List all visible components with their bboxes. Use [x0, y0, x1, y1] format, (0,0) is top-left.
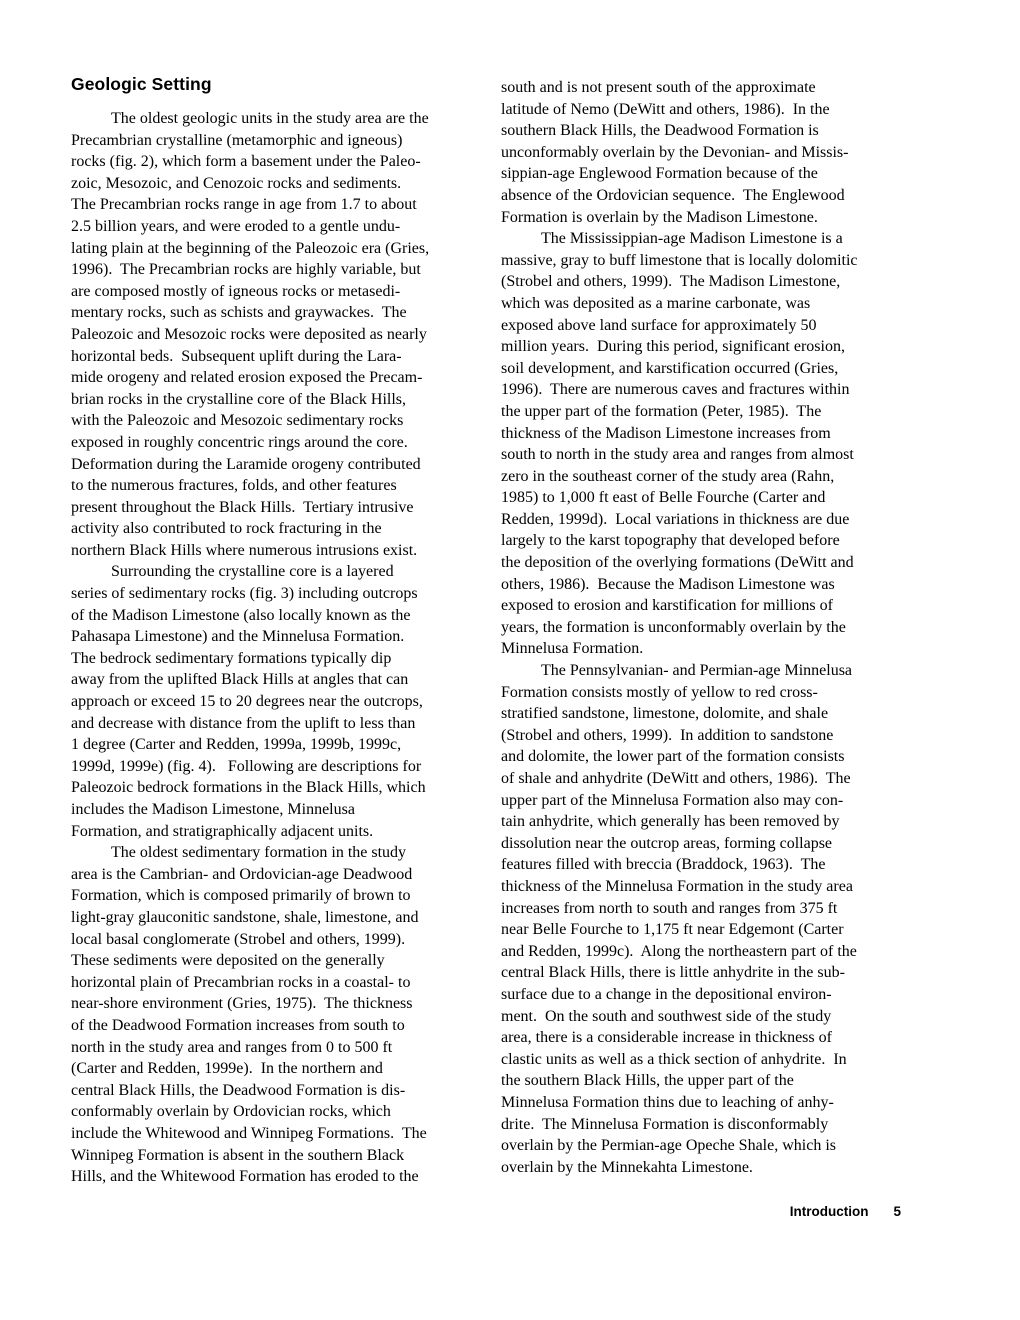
text-line: are composed mostly of igneous rocks or … [71, 281, 473, 303]
text-line: lating plain at the beginning of the Pal… [71, 238, 473, 260]
text-line: zero in the southeast corner of the stud… [501, 466, 903, 488]
text-line: increases from north to south and ranges… [501, 898, 903, 920]
text-line: 2.5 billion years, and were eroded to a … [71, 216, 473, 238]
text-line: light-gray glauconitic sandstone, shale,… [71, 907, 473, 929]
text-line: which was deposited as a marine carbonat… [501, 293, 903, 315]
document-page: Geologic Setting The oldest geologic uni… [0, 0, 1020, 1320]
text-line: horizontal plain of Precambrian rocks in… [71, 972, 473, 994]
text-line: northern Black Hills where numerous intr… [71, 540, 473, 562]
text-line: area, there is a considerable increase i… [501, 1027, 903, 1049]
left-column-text: The oldest geologic units in the study a… [71, 108, 473, 1188]
text-line: the southern Black Hills, the upper part… [501, 1070, 903, 1092]
text-line: thickness of the Minnelusa Formation in … [501, 876, 903, 898]
text-line: of shale and anhydrite (DeWitt and other… [501, 768, 903, 790]
text-line: massive, gray to buff limestone that is … [501, 250, 903, 272]
left-column: Geologic Setting The oldest geologic uni… [71, 73, 473, 1188]
text-line: away from the uplifted Black Hills at an… [71, 669, 473, 691]
text-line: These sediments were deposited on the ge… [71, 950, 473, 972]
text-line: Paleozoic and Mesozoic rocks were deposi… [71, 324, 473, 346]
text-line: exposed above land surface for approxima… [501, 315, 903, 337]
text-line: zoic, Mesozoic, and Cenozoic rocks and s… [71, 173, 473, 195]
text-line: activity also contributed to rock fractu… [71, 518, 473, 540]
text-line: conformably overlain by Ordovician rocks… [71, 1101, 473, 1123]
text-line: unconformably overlain by the Devonian- … [501, 142, 903, 164]
text-line: Formation is overlain by the Madison Lim… [501, 207, 903, 229]
text-line: and Redden, 1999c). Along the northeaste… [501, 941, 903, 963]
text-line: 1999d, 1999e) (fig. 4). Following are de… [71, 756, 473, 778]
right-column: south and is not present south of the ap… [501, 77, 903, 1178]
text-line: north in the study area and ranges from … [71, 1037, 473, 1059]
text-line: area is the Cambrian- and Ordovician-age… [71, 864, 473, 886]
text-line: and decrease with distance from the upli… [71, 713, 473, 735]
text-line: central Black Hills, the Deadwood Format… [71, 1080, 473, 1102]
text-line: Paleozoic bedrock formations in the Blac… [71, 777, 473, 799]
text-line: drite. The Minnelusa Formation is discon… [501, 1114, 903, 1136]
text-line: the deposition of the overlying formatio… [501, 552, 903, 574]
text-line: years, the formation is unconformably ov… [501, 617, 903, 639]
text-line: stratified sandstone, limestone, dolomit… [501, 703, 903, 725]
text-line: Deformation during the Laramide orogeny … [71, 454, 473, 476]
text-line: million years. During this period, signi… [501, 336, 903, 358]
text-line: south and is not present south of the ap… [501, 77, 903, 99]
text-line: series of sedimentary rocks (fig. 3) inc… [71, 583, 473, 605]
text-line: exposed in roughly concentric rings arou… [71, 432, 473, 454]
text-line: of the Madison Limestone (also locally k… [71, 605, 473, 627]
text-line: The Mississippian-age Madison Limestone … [501, 228, 903, 250]
paragraph: south and is not present south of the ap… [501, 77, 903, 228]
text-line: (Carter and Redden, 1999e). In the north… [71, 1058, 473, 1080]
text-line: soil development, and karstification occ… [501, 358, 903, 380]
text-line: local basal conglomerate (Strobel and ot… [71, 929, 473, 951]
text-line: (Strobel and others, 1999). In addition … [501, 725, 903, 747]
text-line: absence of the Ordovician sequence. The … [501, 185, 903, 207]
paragraph: The oldest geologic units in the study a… [71, 108, 473, 561]
text-line: ment. On the south and southwest side of… [501, 1006, 903, 1028]
text-line: approach or exceed 15 to 20 degrees near… [71, 691, 473, 713]
page-footer: Introduction5 [501, 1203, 901, 1220]
text-line: thickness of the Madison Limestone incre… [501, 423, 903, 445]
text-line: The bedrock sedimentary formations typic… [71, 648, 473, 670]
text-line: others, 1986). Because the Madison Limes… [501, 574, 903, 596]
footer-section-label: Introduction [790, 1204, 869, 1219]
paragraph: The Pennsylvanian- and Permian-age Minne… [501, 660, 903, 1178]
text-line: The Pennsylvanian- and Permian-age Minne… [501, 660, 903, 682]
text-line: includes the Madison Limestone, Minnelus… [71, 799, 473, 821]
text-line: near-shore environment (Gries, 1975). Th… [71, 993, 473, 1015]
section-heading: Geologic Setting [71, 73, 473, 96]
text-line: overlain by the Minnekahta Limestone. [501, 1157, 903, 1179]
text-line: include the Whitewood and Winnipeg Forma… [71, 1123, 473, 1145]
text-line: exposed to erosion and karstification fo… [501, 595, 903, 617]
text-line: 1 degree (Carter and Redden, 1999a, 1999… [71, 734, 473, 756]
text-line: central Black Hills, there is little anh… [501, 962, 903, 984]
text-line: (Strobel and others, 1999). The Madison … [501, 271, 903, 293]
paragraph: The Mississippian-age Madison Limestone … [501, 228, 903, 660]
text-line: to the numerous fractures, folds, and ot… [71, 475, 473, 497]
text-line: largely to the karst topography that dev… [501, 530, 903, 552]
text-line: of the Deadwood Formation increases from… [71, 1015, 473, 1037]
text-line: features filled with breccia (Braddock, … [501, 854, 903, 876]
text-line: Formation consists mostly of yellow to r… [501, 682, 903, 704]
text-line: sippian-age Englewood Formation because … [501, 163, 903, 185]
text-line: Hills, and the Whitewood Formation has e… [71, 1166, 473, 1188]
text-line: mentary rocks, such as schists and grayw… [71, 302, 473, 324]
text-line: 1985) to 1,000 ft east of Belle Fourche … [501, 487, 903, 509]
text-line: horizontal beds. Subsequent uplift durin… [71, 346, 473, 368]
paragraph: The oldest sedimentary formation in the … [71, 842, 473, 1188]
text-line: mide orogeny and related erosion exposed… [71, 367, 473, 389]
text-line: and dolomite, the lower part of the form… [501, 746, 903, 768]
footer-page-number: 5 [893, 1204, 901, 1219]
paragraph: Surrounding the crystalline core is a la… [71, 561, 473, 842]
text-line: latitude of Nemo (DeWitt and others, 198… [501, 99, 903, 121]
text-line: dissolution near the outcrop areas, form… [501, 833, 903, 855]
text-line: rocks (fig. 2), which form a basement un… [71, 151, 473, 173]
text-line: south to north in the study area and ran… [501, 444, 903, 466]
text-line: the upper part of the formation (Peter, … [501, 401, 903, 423]
text-line: upper part of the Minnelusa Formation al… [501, 790, 903, 812]
text-line: Minnelusa Formation. [501, 638, 903, 660]
text-line: Pahasapa Limestone) and the Minnelusa Fo… [71, 626, 473, 648]
text-line: near Belle Fourche to 1,175 ft near Edge… [501, 919, 903, 941]
text-line: Formation, and stratigraphically adjacen… [71, 821, 473, 843]
text-line: brian rocks in the crystalline core of t… [71, 389, 473, 411]
text-line: overlain by the Permian-age Opeche Shale… [501, 1135, 903, 1157]
text-line: The oldest sedimentary formation in the … [71, 842, 473, 864]
text-line: 1996). There are numerous caves and frac… [501, 379, 903, 401]
text-line: Redden, 1999d). Local variations in thic… [501, 509, 903, 531]
text-line: Precambrian crystalline (metamorphic and… [71, 130, 473, 152]
text-line: southern Black Hills, the Deadwood Forma… [501, 120, 903, 142]
text-line: with the Paleozoic and Mesozoic sediment… [71, 410, 473, 432]
text-line: Minnelusa Formation thins due to leachin… [501, 1092, 903, 1114]
text-line: The Precambrian rocks range in age from … [71, 194, 473, 216]
text-line: 1996). The Precambrian rocks are highly … [71, 259, 473, 281]
text-line: The oldest geologic units in the study a… [71, 108, 473, 130]
text-line: Surrounding the crystalline core is a la… [71, 561, 473, 583]
text-line: surface due to a change in the depositio… [501, 984, 903, 1006]
text-line: tain anhydrite, which generally has been… [501, 811, 903, 833]
text-line: Winnipeg Formation is absent in the sout… [71, 1145, 473, 1167]
text-line: present throughout the Black Hills. Tert… [71, 497, 473, 519]
text-line: Formation, which is composed primarily o… [71, 885, 473, 907]
text-line: clastic units as well as a thick section… [501, 1049, 903, 1071]
